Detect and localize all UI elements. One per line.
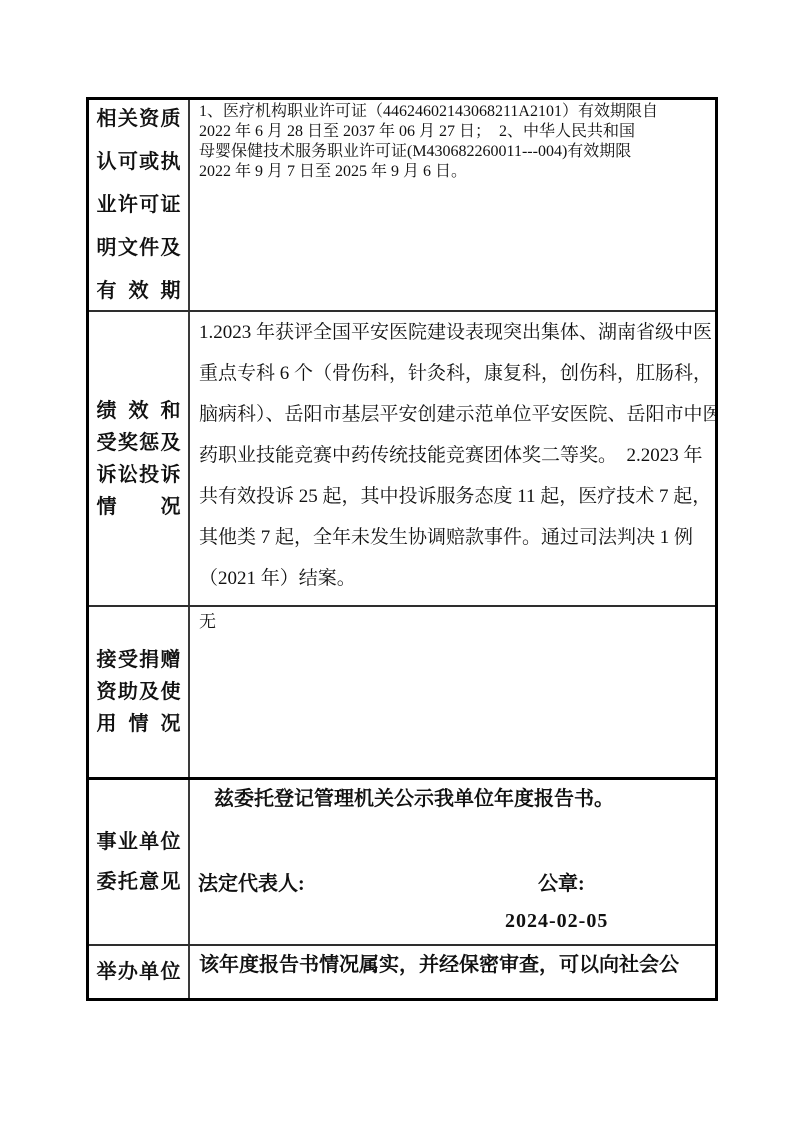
row-header-line: 举办单位 (97, 959, 181, 985)
table-row-organizer: 举办单位 该年度报告书情况属实，并经保密审查，可以向社会公 (89, 944, 715, 998)
content-line: 2022 年 6 月 28 日至 2037 年 06 月 27 日； 2、中华人… (199, 122, 713, 142)
qualifications-content: 1、医疗机构职业许可证（44624602143068211A2101）有效期限自… (190, 100, 715, 310)
content-line: 共有效投诉 25 起，其中投诉服务态度 11 起，医疗技术 7 起， (199, 476, 713, 517)
organizer-content: 该年度报告书情况属实，并经保密审查，可以向社会公 (190, 946, 715, 998)
row-header-line: 相关资质 (97, 98, 181, 141)
row-header-organizer: 举办单位 (89, 946, 190, 998)
row-header-line: 诉讼投诉 (97, 459, 181, 491)
entrust-opinion-content: 兹委托登记管理机关公示我单位年度报告书。 法定代表人: 公章: 2024-02-… (190, 780, 715, 944)
row-header-donations: 接受捐赠 资助及使 用情况 (89, 607, 190, 777)
content-line: 1.2023 年获评全国平安医院建设表现突出集体、湖南省级中医 (199, 312, 713, 353)
row-header-entrust-opinion: 事业单位 委托意见 (89, 780, 190, 944)
row-header-line: 资助及使 (97, 676, 181, 708)
content-line: 1、医疗机构职业许可证（44624602143068211A2101）有效期限自 (199, 102, 713, 122)
row-header-line: 接受捐赠 (97, 644, 181, 676)
entrust-notice-text: 兹委托登记管理机关公示我单位年度报告书。 (214, 787, 614, 811)
table-row-entrust-opinion: 事业单位 委托意见 兹委托登记管理机关公示我单位年度报告书。 法定代表人: 公章… (89, 777, 715, 944)
row-header-line: 用情况 (97, 708, 181, 740)
content-line: 无 (199, 610, 713, 634)
content-line: 药职业技能竞赛中药传统技能竞赛团体奖二等奖。 2.2023 年 (199, 435, 713, 476)
content-line: 该年度报告书情况属实，并经保密审查，可以向社会公 (199, 953, 713, 977)
content-line: 母婴保健技术服务职业许可证(M430682260011---004)有效期限 (199, 142, 713, 162)
content-line: 脑病科）、岳阳市基层平安创建示范单位平安医院、岳阳市中医 (199, 394, 713, 435)
table-row-donations: 接受捐赠 资助及使 用情况 无 (89, 605, 715, 777)
legal-representative-label: 法定代表人: (198, 872, 305, 896)
row-header-line: 事业单位 (97, 822, 181, 862)
row-header-performance: 绩效和 受奖惩及 诉讼投诉 情况 (89, 312, 190, 605)
content-line: 重点专科 6 个（骨伤科，针灸科，康复科，创伤科，肛肠科， (199, 353, 713, 394)
row-header-line: 有效期 (97, 270, 181, 313)
row-header-line: 委托意见 (97, 862, 181, 902)
content-line: 其他类 7 起，全年未发生协调赔款事件。通过司法判决 1 例 (199, 517, 713, 558)
row-header-qualifications: 相关资质 认可或执 业许可证 明文件及 有效期 (89, 100, 190, 310)
content-line: （2021 年）结案。 (199, 558, 713, 599)
row-header-line: 业许可证 (97, 184, 181, 227)
report-page: 相关资质 认可或执 业许可证 明文件及 有效期 1、医疗机构职业许可证（4462… (0, 0, 794, 1122)
row-header-line: 明文件及 (97, 227, 181, 270)
row-header-line: 认可或执 (97, 141, 181, 184)
row-header-line: 受奖惩及 (97, 427, 181, 459)
annual-report-table: 相关资质 认可或执 业许可证 明文件及 有效期 1、医疗机构职业许可证（4462… (86, 97, 718, 1001)
content-line: 2022 年 9 月 7 日至 2025 年 9 月 6 日。 (199, 162, 713, 182)
row-header-line: 绩效和 (97, 395, 181, 427)
performance-content: 1.2023 年获评全国平安医院建设表现突出集体、湖南省级中医 重点专科 6 个… (190, 312, 715, 605)
row-header-line: 情况 (97, 491, 181, 523)
table-row-performance: 绩效和 受奖惩及 诉讼投诉 情况 1.2023 年获评全国平安医院建设表现突出集… (89, 310, 715, 605)
signature-date: 2024-02-05 (505, 909, 608, 933)
donations-content: 无 (190, 607, 715, 777)
table-row-qualifications: 相关资质 认可或执 业许可证 明文件及 有效期 1、医疗机构职业许可证（4462… (89, 100, 715, 310)
official-seal-label: 公章: (538, 872, 585, 896)
